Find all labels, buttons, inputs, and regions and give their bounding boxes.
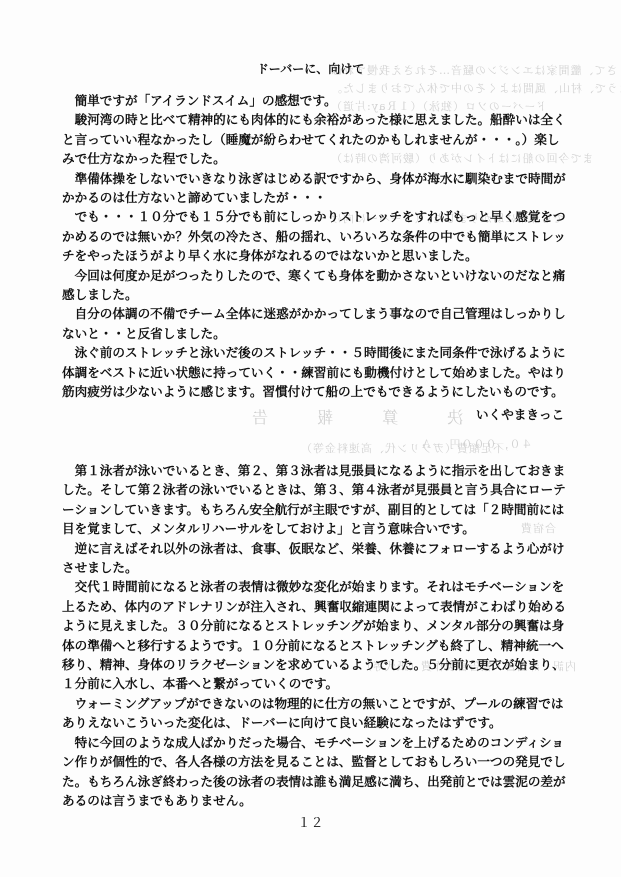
paragraph: 交代１時間前になると泳者の表情は微妙な変化が始まります。それはモチベーションを上… (62, 577, 567, 693)
paragraph: ウォーミングアップができないのは物理的に仕方の無いことですが、プールの練習ではあ… (62, 694, 567, 733)
paragraph: 逆に言えばそれ以外の泳者は、食事、仮眠など、栄養、休養にフォローするよう心がけさ… (62, 539, 567, 578)
paragraph: 自分の体調の不備でチーム全体に迷惑がかかってしまう事なので自己管理はしっかりしな… (62, 304, 567, 343)
paragraph: 駿河湾の時と比べて精神的にも肉体的にも余裕があった様に思えました。船酔いは全くと… (62, 110, 567, 168)
document-page: さて、艦間家はエンジンの騒音…それさえ我慢すれば 暖かいので仮眠にはちょうど良い… (0, 0, 621, 877)
author-name: いくやまきっこ (476, 404, 564, 423)
show-through-text: 不足額費（ガソリン代、高速料金等） (300, 440, 504, 456)
paragraph: 特に今回のような成人ばかりだった場合、モチベーションを上げるためのコンディション… (62, 733, 567, 811)
paragraph: 泳ぐ前のストレッチと泳いだ後のストレッチ・・５時間後にまた同条件で泳げるように体… (62, 343, 567, 401)
section-essay: 簡単ですが「アイランドスイム」の感想です。 駿河湾の時と比べて精神的にも肉体的に… (62, 91, 567, 402)
paragraph: 簡単ですが「アイランドスイム」の感想です。 (62, 91, 567, 110)
paragraph: でも・・・１０分でも１５分でも前にしっかりストレッチをすればもっと早く感覚をつか… (62, 207, 567, 265)
page-title: ドーバーに、向けて (0, 60, 621, 77)
paragraph: 第１泳者が泳いでいるとき、第２、第３泳者は見張員になるように指示を出しておきまし… (62, 461, 567, 539)
section-rotation: 第１泳者が泳いでいるとき、第２、第３泳者は見張員になるように指示を出しておきまし… (62, 461, 567, 810)
paragraph: 準備体操をしないでいきなり泳ぎはじめる訳ですから、身体が海水に馴染むまで時間がか… (62, 169, 567, 208)
paragraph: 今回は何度か足がつったりしたので、寒くても身体を動かさないといけないのだなと痛感… (62, 266, 567, 305)
show-through-heading: 決 算 報 告 (230, 405, 463, 428)
page-number: １２ (0, 812, 621, 831)
